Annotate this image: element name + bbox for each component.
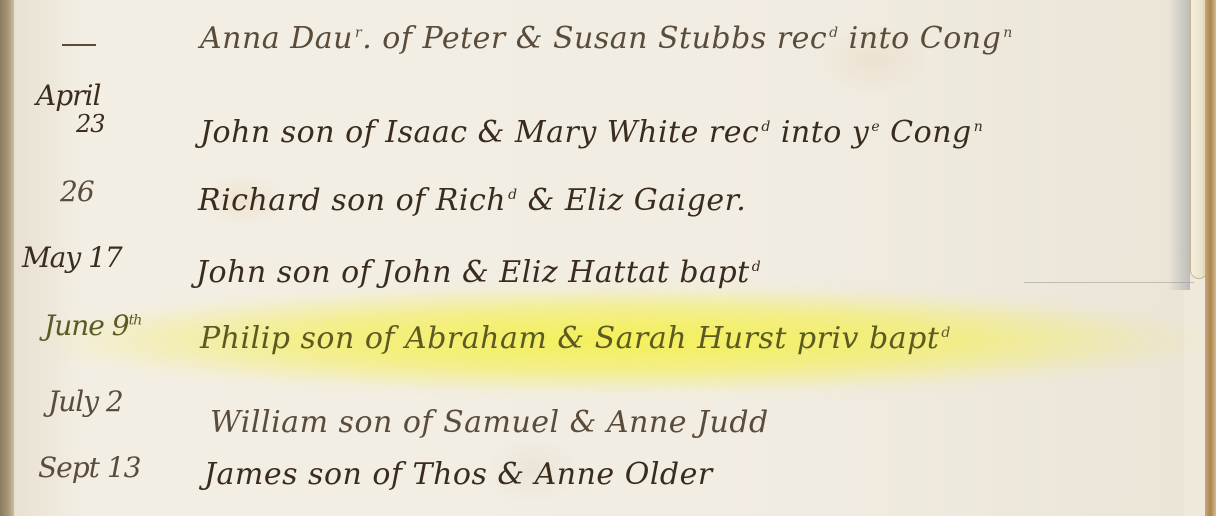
entry-date: July 2	[48, 388, 123, 416]
entry-superscript: n	[1003, 25, 1013, 41]
entry-text-main: John son of Isaac & Mary White rec	[200, 115, 759, 150]
entry-text-main: Richard son of Rich	[198, 183, 506, 218]
entry-text-rest: . of Peter & Susan Stubbs rec	[362, 21, 827, 56]
register-entry: July 2 William son of Samuel & Anne Judd	[14, 384, 1184, 444]
entry-text: Anna Daur. of Peter & Susan Stubbs recd …	[200, 24, 1013, 54]
entry-text-rest: Cong	[880, 115, 972, 150]
entry-superscript: e	[871, 119, 880, 135]
entry-text-rest: bapt	[669, 255, 749, 290]
entry-superscript: d	[761, 119, 770, 135]
date-dash	[62, 44, 96, 46]
entry-date: Sept 13	[38, 454, 140, 482]
entry-text-main: William son of Samuel & Anne Judd	[210, 405, 769, 440]
entry-date-day: 23	[76, 112, 105, 136]
entry-text: John son of Isaac & Mary White recd into…	[200, 118, 983, 148]
register-entry: Sept 13 James son of Thos & Anne Older	[14, 450, 1184, 510]
entry-superscript: d	[752, 259, 761, 275]
entry-date: May 17	[22, 244, 122, 272]
entry-date: April 23	[36, 82, 105, 136]
register-entry: May 17 John son of John & Eliz Hattat ba…	[14, 240, 1184, 300]
entry-superscript: d	[941, 325, 950, 341]
entry-text-main: Philip son of Abraham & Sarah Hurst priv…	[200, 321, 939, 356]
register-entry: 26 Richard son of Richd & Eliz Gaiger.	[14, 176, 1184, 236]
entry-text-rest: into y	[771, 115, 870, 150]
entry-date: June 9th	[44, 312, 141, 340]
binding-shadow	[1168, 0, 1190, 290]
entry-superscript: d	[508, 187, 517, 203]
entry-text: James son of Thos & Anne Older	[204, 460, 713, 490]
entry-superscript: n	[974, 119, 984, 135]
entry-text-main: John son of John & Eliz Hattat	[196, 255, 669, 290]
register-entry: April 23 John son of Isaac & Mary White …	[14, 82, 1184, 142]
frame-left-edge	[0, 0, 14, 516]
entry-date-day: 26	[60, 175, 94, 208]
entry-text: William son of Samuel & Anne Judd	[210, 408, 769, 438]
entry-text: Philip son of Abraham & Sarah Hurst priv…	[200, 324, 951, 354]
entry-date-ordinal: th	[129, 313, 142, 329]
entry-date-month: April	[36, 79, 100, 112]
entry-text-main: James son of Thos & Anne Older	[204, 457, 713, 492]
entry-text-main: Anna Dau	[200, 21, 353, 56]
entry-text-rest: into Cong	[839, 21, 1002, 56]
register-page: Anna Daur. of Peter & Susan Stubbs recd …	[14, 0, 1184, 516]
entry-text-rest: & Eliz Gaiger.	[518, 183, 747, 218]
entry-date: 26	[60, 178, 94, 206]
entry-date-month-day: Sept 13	[38, 451, 140, 484]
entry-date-month-day: July 2	[48, 385, 123, 418]
frame-right-edge	[1205, 0, 1216, 516]
entry-text: John son of John & Eliz Hattat baptd	[196, 258, 761, 288]
register-entry-highlighted: June 9th Philip son of Abraham & Sarah H…	[14, 306, 1184, 366]
entry-text: Richard son of Richd & Eliz Gaiger.	[198, 186, 746, 216]
register-entry: Anna Daur. of Peter & Susan Stubbs recd …	[14, 14, 1184, 74]
entry-date-month-day: June 9	[44, 309, 129, 342]
entry-superscript: d	[829, 25, 838, 41]
entry-date-month-day: May 17	[22, 241, 122, 274]
